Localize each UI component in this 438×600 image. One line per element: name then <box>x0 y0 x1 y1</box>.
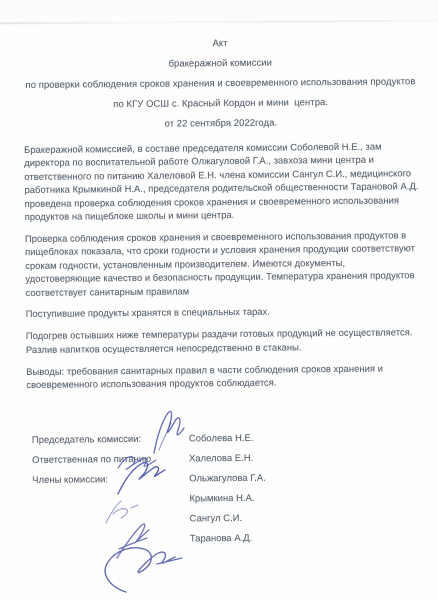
paragraph-conclusions: Выводы: требования санитарных правил в ч… <box>26 361 420 392</box>
document-date-line: от 22 сентября 2022года. <box>24 112 418 136</box>
signature-person-name: Таранова А.Д. <box>190 531 253 543</box>
signature-block: Председатель комиссии: Соболева Н.Е. Отв… <box>27 430 422 554</box>
paragraph-storage-containers: Поступившие продукты хранятся в специаль… <box>26 304 420 321</box>
signature-person-name: Крымкина Н.А. <box>189 491 254 503</box>
scanned-document-page: Акт бракеражной комиссии по проверки соб… <box>0 0 438 600</box>
paragraph-commission-composition: Бракеражной комиссией, в составе председ… <box>24 139 419 223</box>
signature-role-label: Ответственная по питанию <box>32 452 189 465</box>
signature-person-name: Халелова Е.Н. <box>189 451 253 463</box>
signature-taranova-ink <box>105 548 182 592</box>
signature-person-name: Ольжагулова Г.А. <box>189 471 266 483</box>
paragraph-inspection-results: Проверка соблюдения сроков хранения и св… <box>25 228 420 299</box>
signature-role-label: Председатель комиссии: <box>32 432 189 445</box>
document-content: Акт бракеражной комиссии по проверки соб… <box>23 32 422 553</box>
scan-artifact-line <box>0 20 438 25</box>
signature-row-member-4: Таранова А.Д. <box>33 530 422 554</box>
paragraph-reheating-beverages: Подогрев остывших ниже температуры разда… <box>26 326 420 357</box>
signature-person-name: Сангул С.И. <box>190 511 243 523</box>
signature-person-name: Соболева Н.Е. <box>189 431 254 443</box>
signature-role-label: Члены комиссии: <box>32 472 189 485</box>
document-purpose-line: по проверки соблюдения сроков хранения и… <box>23 72 417 96</box>
document-body: Бракеражной комиссией, в составе председ… <box>24 139 420 391</box>
